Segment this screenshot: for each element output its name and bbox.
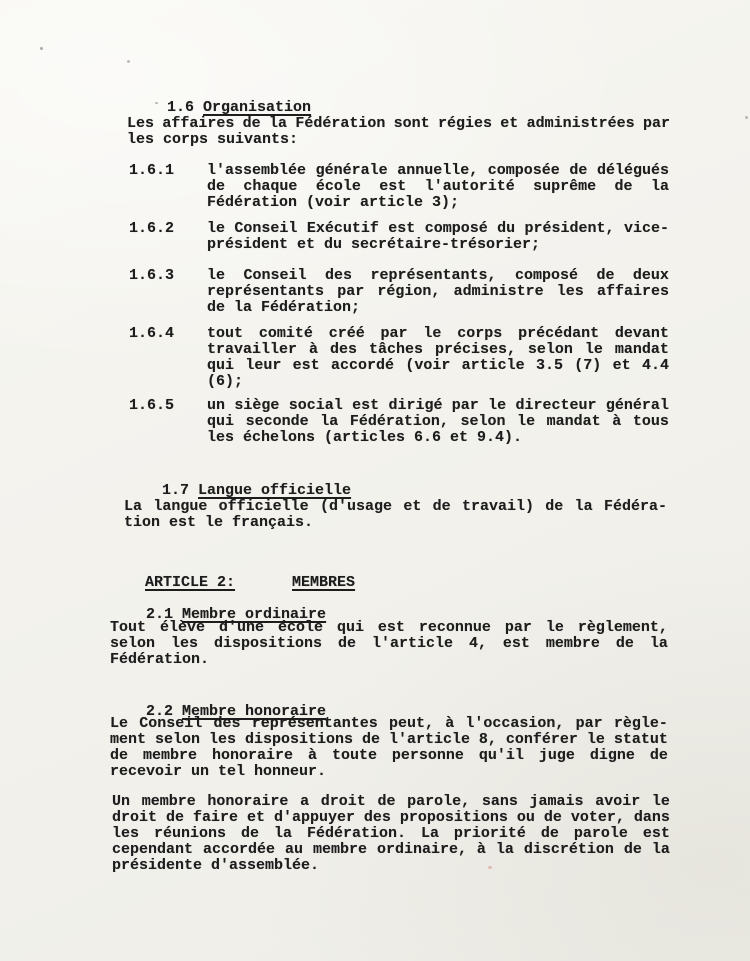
text-line: droitdefaireetd'appuyerdespropositionsou…: [112, 810, 670, 826]
section-number: 1.7: [162, 482, 189, 499]
numbered-clause-1-6-4: 1.6.4 toutcomitécrééparlecorpsprécédantd…: [129, 326, 669, 390]
text-line: mentselonlesdispositionsdel'article8,con…: [110, 732, 668, 748]
paper-speck: [745, 116, 748, 119]
text-line: tion est le français.: [124, 515, 667, 531]
paper-speck: [40, 47, 43, 50]
section-heading-1-6: 1.6Organisation: [131, 84, 311, 100]
text-line: Unmembrehonoraireadroitdeparole,sansjama…: [112, 794, 670, 810]
text-line: travailleràdestâchesprécises,selonlemand…: [207, 342, 669, 358]
clause-number: 1.6.5: [129, 398, 174, 414]
clause-number: 1.6.2: [129, 221, 174, 237]
text-line: quileurestaccordé(voirarticle3.5(7)et4.4: [207, 358, 669, 374]
document-page: 1.6Organisation LesaffairesdelaFédératio…: [0, 0, 750, 961]
numbered-clause-1-6-1: 1.6.1 l'assembléegénéraleannuelle,compos…: [129, 163, 669, 211]
text-line: LesaffairesdelaFédérationsontrégiesetadm…: [127, 116, 670, 132]
numbered-clause-1-6-3: 1.6.3 leConseildesreprésentants,composéd…: [129, 268, 669, 316]
text-line: LeConseildesreprésentantespeut,àl'occasi…: [110, 716, 668, 732]
section-title: Organisation: [203, 99, 311, 116]
text-line: Toutélèved'uneécolequiestreconnueparlerè…: [110, 620, 668, 636]
text-line: de la Fédération;: [207, 300, 669, 316]
section-heading-1-7: 1.7Langue officielle: [126, 467, 351, 483]
text-line: demembrehonoraireàtoutepersonnequ'iljuge…: [110, 748, 668, 764]
clause-number: 1.6.3: [129, 268, 174, 284]
text-line: leConseildesreprésentants,composédedeux: [207, 268, 669, 284]
text-line: dechaqueécoleestl'autoritésuprêmedela: [207, 179, 669, 195]
text-line: recevoir un tel honneur.: [110, 764, 668, 780]
text-line: cependantaccordéeaumembreordinaire,àladi…: [112, 842, 670, 858]
text-line: (6);: [207, 374, 669, 390]
article-number: ARTICLE 2:: [145, 574, 235, 591]
clause-number: 1.6.4: [129, 326, 174, 342]
numbered-clause-1-6-5: 1.6.5 unsiègesocialestdirigéparledirecte…: [129, 398, 669, 446]
text-line: Fédération (voir article 3);: [207, 195, 669, 211]
section-heading-2-2: 2.2Membre honoraire: [110, 688, 326, 704]
text-line: Fédération.: [110, 652, 668, 668]
paragraph: LeConseildesreprésentantespeut,àl'occasi…: [110, 716, 668, 780]
section-title: Langue officielle: [198, 482, 351, 499]
numbered-clause-1-6-2: 1.6.2 leConseilExécutifestcomposéduprési…: [129, 221, 669, 253]
text-line: l'assembléegénéraleannuelle,composéededé…: [207, 163, 669, 179]
text-line: quisecondelaFédération,selonlemandatàtou…: [207, 414, 669, 430]
text-line: lesréunionsdelaFédération.Laprioritédepa…: [112, 826, 670, 842]
text-line: toutcomitécrééparlecorpsprécédantdevant: [207, 326, 669, 342]
paragraph: Lalangueofficielle(d'usageetdetravail)de…: [124, 499, 667, 531]
text-line: présidente d'assemblée.: [112, 858, 670, 874]
text-line: Lalangueofficielle(d'usageetdetravail)de…: [124, 499, 667, 515]
text-line: les échelons (articles 6.6 et 9.4).: [207, 430, 669, 446]
text-line: leConseilExécutifestcomposéduprésident,v…: [207, 221, 669, 237]
paragraph: Unmembrehonoraireadroitdeparole,sansjama…: [112, 794, 670, 874]
text-line: représentantsparrégion,administrelesaffa…: [207, 284, 669, 300]
text-line: selonlesdispositionsdel'article4,estmemb…: [110, 636, 668, 652]
article-heading: ARTICLE 2:MEMBRES: [109, 559, 355, 575]
article-title: MEMBRES: [292, 574, 355, 591]
paper-speck: [127, 60, 130, 63]
text-line: président et du secrétaire-trésorier;: [207, 237, 669, 253]
paragraph: Toutélèved'uneécolequiestreconnueparlerè…: [110, 620, 668, 668]
paragraph: LesaffairesdelaFédérationsontrégiesetadm…: [127, 116, 670, 148]
clause-number: 1.6.1: [129, 163, 174, 179]
section-heading-2-1: 2.1Membre ordinaire: [110, 591, 326, 607]
text-line: les corps suivants:: [127, 132, 670, 148]
section-number: 1.6: [167, 99, 194, 116]
text-line: unsiègesocialestdirigéparledirecteurgéné…: [207, 398, 669, 414]
